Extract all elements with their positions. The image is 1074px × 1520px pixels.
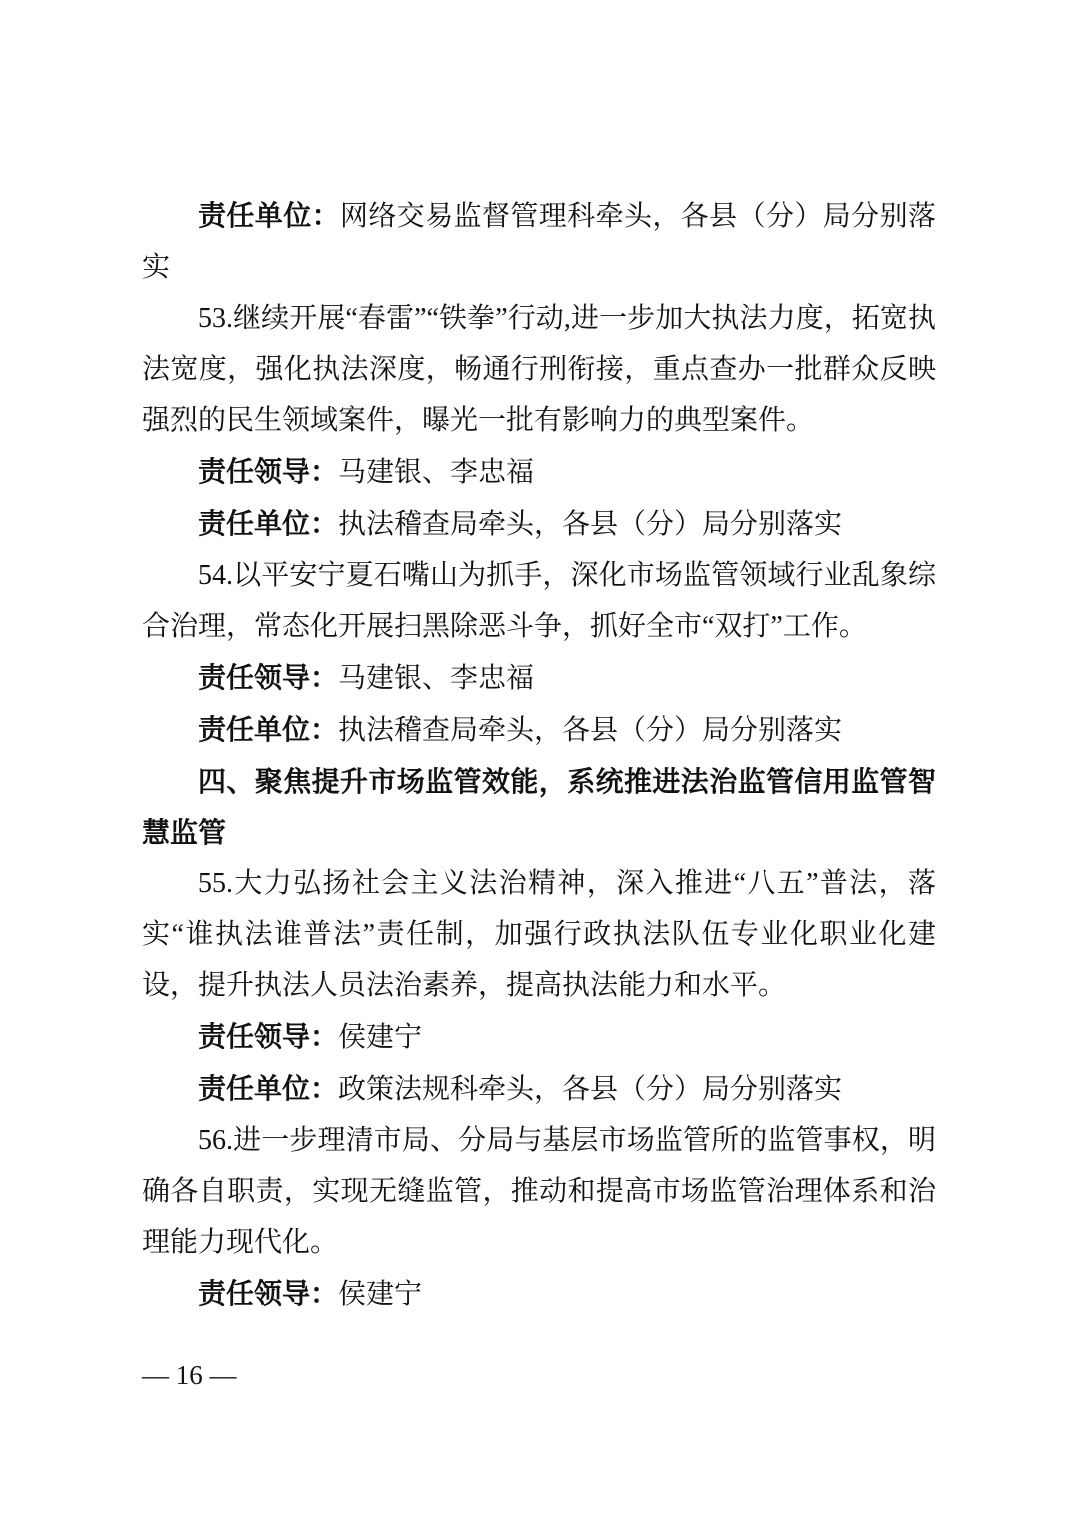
- responsibility-leader-text: 侯建宁: [338, 1279, 422, 1310]
- responsibility-leader-line: 责任领导：侯建宁: [142, 1011, 936, 1063]
- responsibility-unit-text: 执法稽查局牵头，各县（分）局分别落实: [338, 509, 842, 540]
- item-54-text: 54.以平安宁夏石嘴山为抓手，深化市场监管领域行业乱象综合治理，常态化开展扫黑除…: [142, 560, 936, 642]
- item-56-paragraph: 56.进一步理清市局、分局与基层市场监管所的监管事权，明确各自职责，实现无缝监管…: [142, 1115, 936, 1268]
- responsibility-unit-label: 责任单位：: [198, 1073, 338, 1104]
- responsibility-unit-line: 责任单位：网络交易监督管理科牵头，各县（分）局分别落实: [142, 190, 936, 293]
- responsibility-unit-line: 责任单位：执法稽查局牵头，各县（分）局分别落实: [142, 498, 936, 550]
- responsibility-unit-label: 责任单位：: [198, 508, 338, 539]
- responsibility-leader-line: 责任领导：侯建宁: [142, 1268, 936, 1320]
- responsibility-leader-label: 责任领导：: [198, 1021, 338, 1052]
- responsibility-leader-line: 责任领导：马建银、李忠福: [142, 652, 936, 704]
- item-55-paragraph: 55.大力弘扬社会主义法治精神，深入推进“八五”普法，落实“谁执法谁普法”责任制…: [142, 858, 936, 1011]
- responsibility-leader-label: 责任领导：: [198, 1278, 338, 1309]
- item-56-text: 56.进一步理清市局、分局与基层市场监管所的监管事权，明确各自职责，实现无缝监管…: [142, 1125, 936, 1258]
- document-body: 责任单位：网络交易监督管理科牵头，各县（分）局分别落实 53.继续开展“春雷”“…: [142, 190, 936, 1320]
- responsibility-unit-line: 责任单位：政策法规科牵头，各县（分）局分别落实: [142, 1063, 936, 1115]
- responsibility-unit-label: 责任单位：: [198, 200, 340, 231]
- item-53-text: 53.继续开展“春雷”“铁拳”行动,进一步加大执法力度，拓宽执法宽度，强化执法深…: [142, 303, 936, 436]
- page-number: — 16 —: [142, 1355, 237, 1395]
- responsibility-leader-label: 责任领导：: [198, 456, 338, 487]
- responsibility-leader-text: 马建银、李忠福: [338, 663, 534, 694]
- responsibility-leader-line: 责任领导：马建银、李忠福: [142, 446, 936, 498]
- responsibility-leader-text: 马建银、李忠福: [338, 457, 534, 488]
- section-heading-4: 四、聚焦提升市场监管效能，系统推进法治监管信用监管智慧监管: [142, 756, 936, 858]
- item-53-paragraph: 53.继续开展“春雷”“铁拳”行动,进一步加大执法力度，拓宽执法宽度，强化执法深…: [142, 293, 936, 446]
- responsibility-leader-label: 责任领导：: [198, 662, 338, 693]
- responsibility-unit-line: 责任单位：执法稽查局牵头，各县（分）局分别落实: [142, 704, 936, 756]
- responsibility-unit-label: 责任单位：: [198, 714, 338, 745]
- responsibility-unit-text: 政策法规科牵头，各县（分）局分别落实: [338, 1074, 842, 1105]
- responsibility-leader-text: 侯建宁: [338, 1022, 422, 1053]
- item-54-paragraph: 54.以平安宁夏石嘴山为抓手，深化市场监管领域行业乱象综合治理，常态化开展扫黑除…: [142, 550, 936, 652]
- responsibility-unit-text: 执法稽查局牵头，各县（分）局分别落实: [338, 715, 842, 746]
- item-55-text: 55.大力弘扬社会主义法治精神，深入推进“八五”普法，落实“谁执法谁普法”责任制…: [142, 868, 936, 1001]
- document-page: 责任单位：网络交易监督管理科牵头，各县（分）局分别落实 53.继续开展“春雷”“…: [0, 0, 1074, 1520]
